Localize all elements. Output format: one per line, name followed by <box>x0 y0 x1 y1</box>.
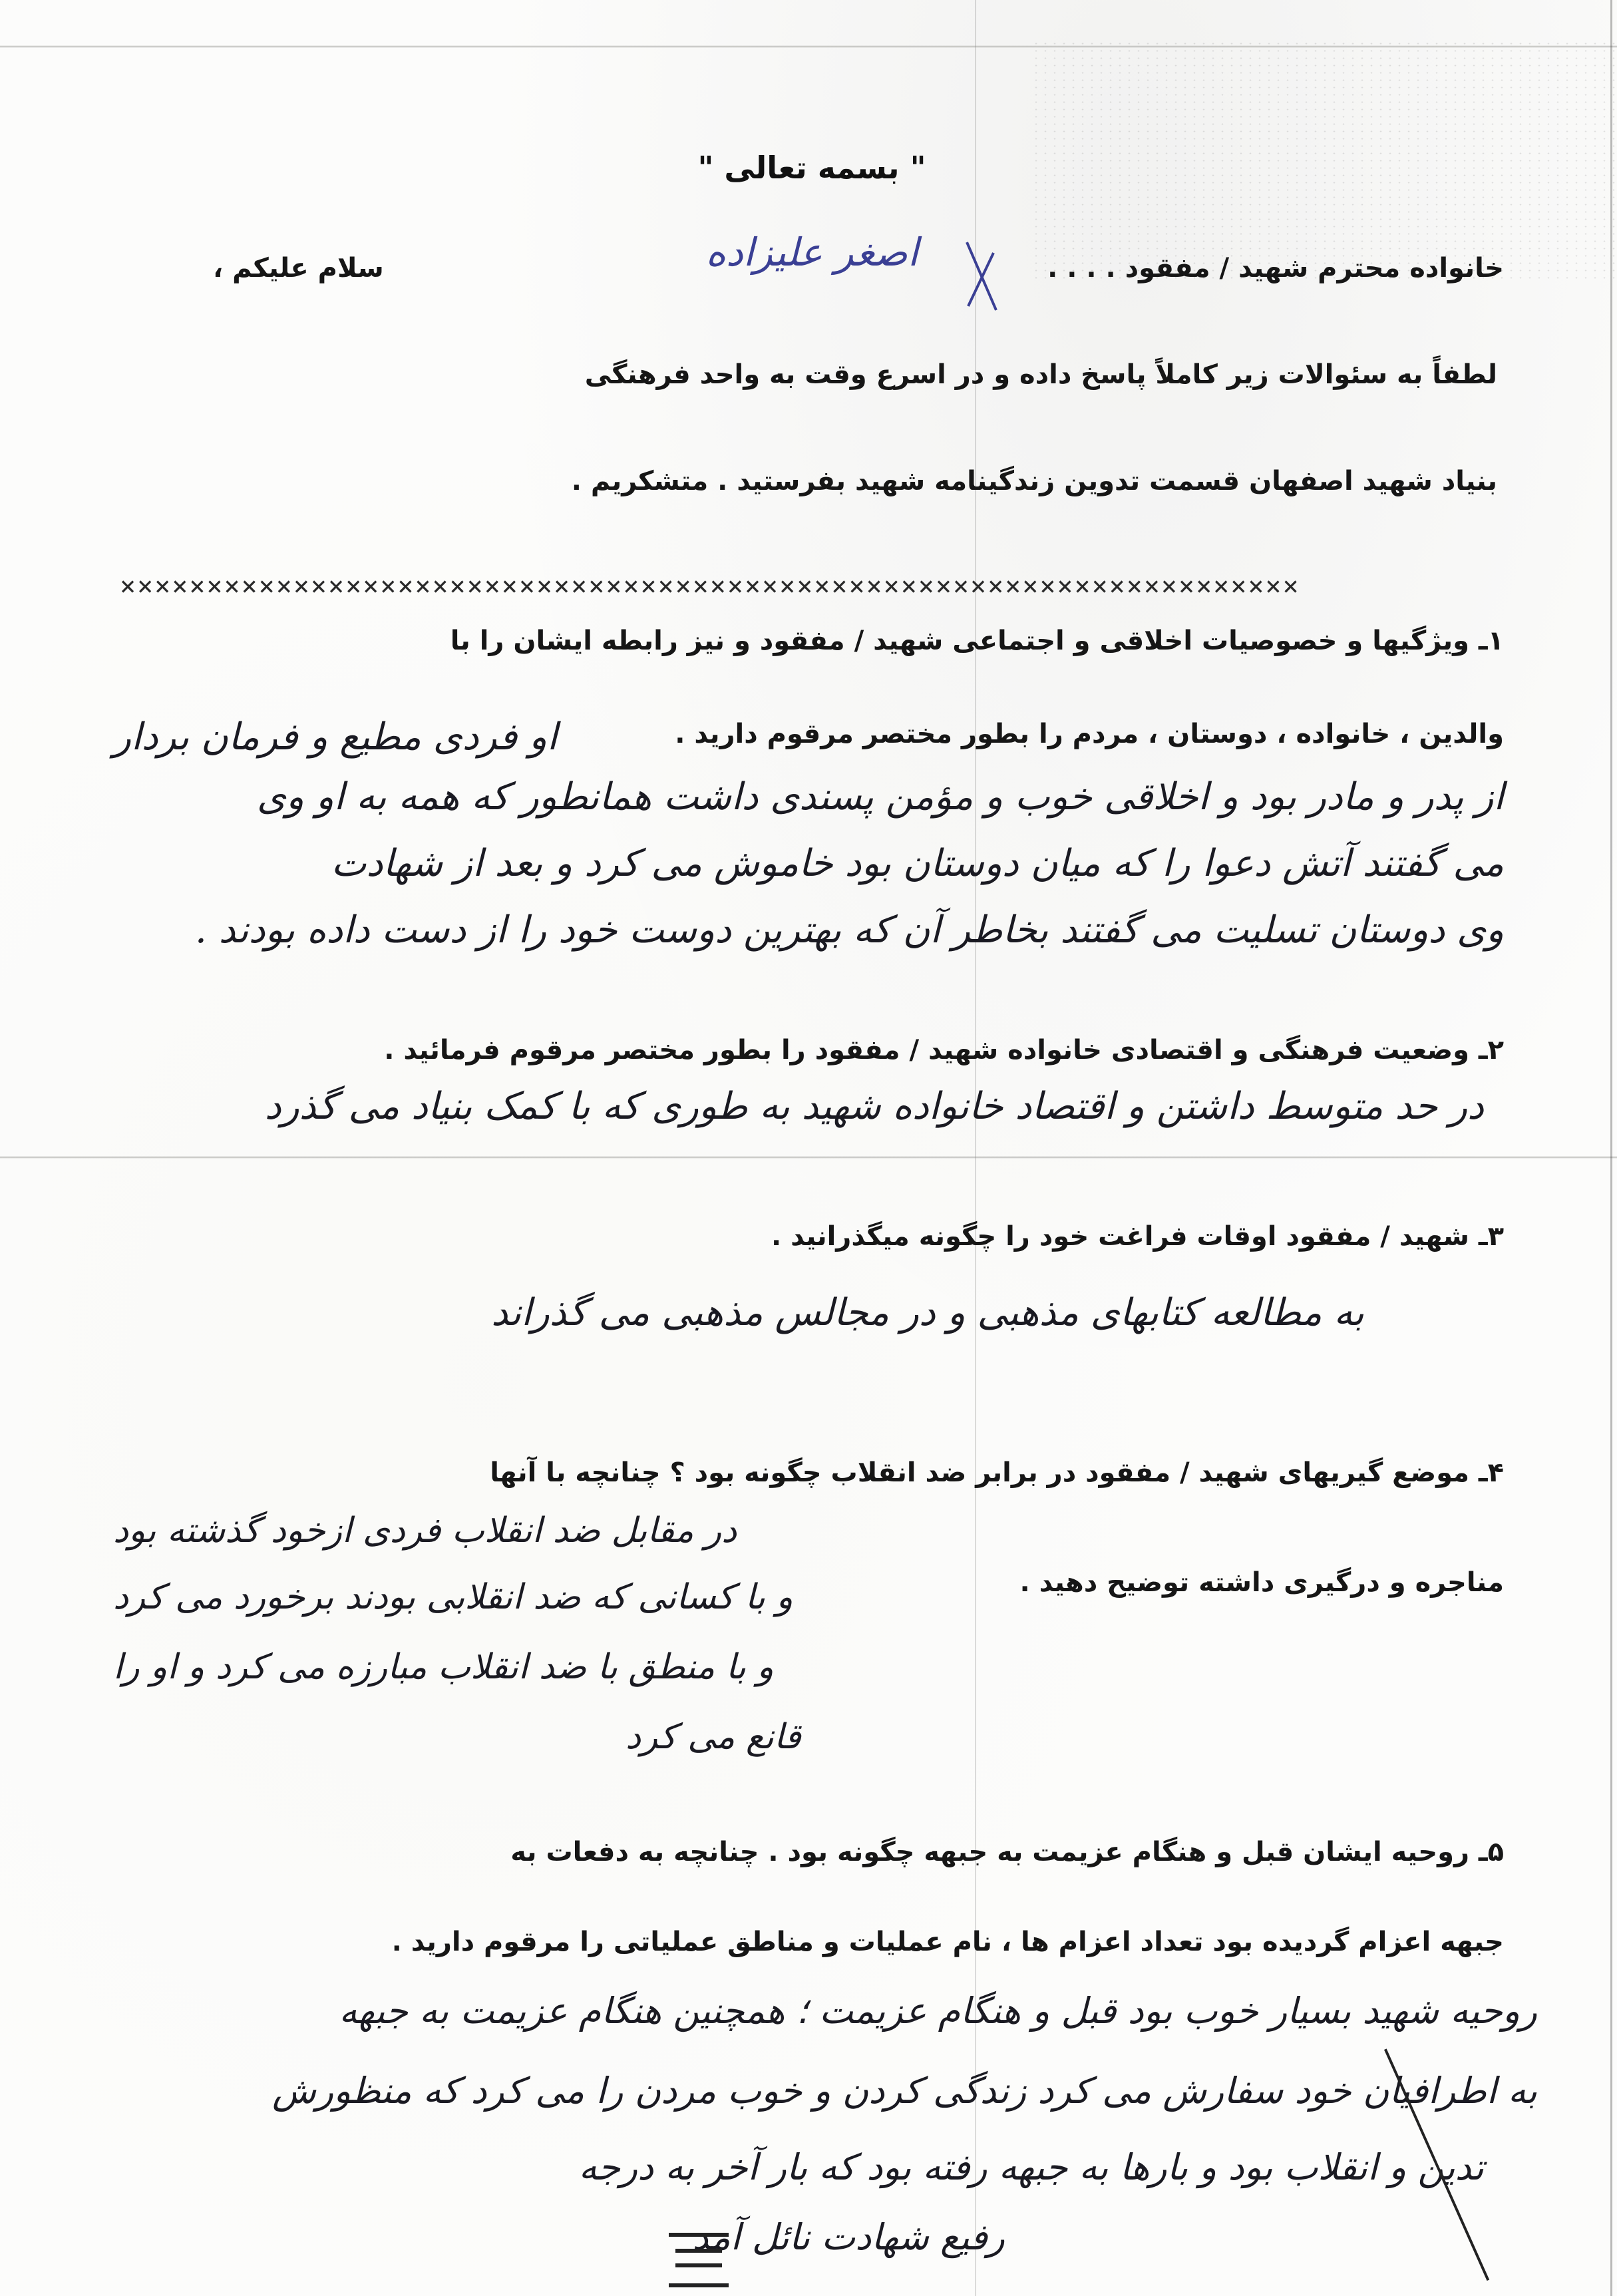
answer-3-line-1: به مطالعه کتابهای مذهبی و در مجالس مذهبی… <box>491 1291 1364 1334</box>
answer-5-line-4: رفیع شهادت نائل آمد <box>692 2216 1005 2258</box>
answer-4-line-2: و با کسانی که ضد انقلابی بودند برخورد می… <box>113 1577 793 1617</box>
answer-1-line-2: از پدر و مادر بود و اخلاقی خوب و مؤمن پس… <box>257 775 1504 819</box>
question-1-line-1: ۱ـ ویژگیها و خصوصیات اخلاقی و اجتماعی شه… <box>450 626 1504 656</box>
question-5-line-1: ۵ـ روحیه ایشان قبل و هنگام عزیمت به جبهه… <box>510 1837 1504 1867</box>
header-basmala: " بسمه تعالی " <box>626 150 998 186</box>
salutation-prefix: خانواده محترم شهید / مفقود . . . . <box>1047 253 1504 284</box>
answer-2-line-1: در حد متوسط داشتن و اقتصاد خانواده شهید … <box>265 1085 1484 1128</box>
separator-x-row: ××××××××××××××××××××××××××××××××××××××××… <box>120 571 1530 602</box>
answer-1-line-1: او فردی مطیع و فرمان بردار <box>113 715 558 759</box>
handwritten-martyr-name: اصغر علیزاده <box>706 230 918 275</box>
answer-1-line-3: می گفتند آتش دعوا را که میان دوستان بود … <box>331 842 1504 885</box>
question-2-line-1: ۲ـ وضعیت فرهنگی و اقتصادی خانواده شهید /… <box>384 1035 1504 1065</box>
answer-4-line-1: در مقابل ضد انقلاب فردی ازخود گذشته بود <box>113 1511 737 1551</box>
intro-line-2: بنیاد شهید اصفهان قسمت تدوین زندگینامه ش… <box>572 466 1497 496</box>
fold-line-middle <box>0 1156 1617 1159</box>
answer-4-line-3: و با منطق با ضد انقلاب مبارزه می کرد و ا… <box>113 1647 774 1687</box>
question-4-line-2: مناجره و درگیری داشته توضیح دهید . <box>1020 1567 1505 1598</box>
scribble-mark <box>669 2233 729 2287</box>
salutation-suffix: سلام علیکم ، <box>213 253 384 284</box>
intro-line-1: لطفاً به سئوالات زیر کاملاً پاسخ داده و … <box>585 359 1497 390</box>
answer-5-line-1: روحیه شهید بسیار خوب بود قبل و هنگام عزی… <box>339 1990 1537 2032</box>
answer-5-line-3: تدین و انقلاب بود و بارها به جبهه رفته ب… <box>579 2146 1484 2188</box>
answer-4-line-4: قانع می کرد <box>626 1717 801 1757</box>
question-1-line-2: والدین ، خانواده ، دوستان ، مردم را بطور… <box>675 719 1504 749</box>
question-5-line-2: جبهه اعزام گردیده بود تعداد اعزام ها ، ن… <box>392 1927 1504 1957</box>
question-4-line-1: ۴ـ موضع گیریهای شهید / مفقود در برابر ضد… <box>490 1457 1504 1488</box>
fold-line-top <box>0 45 1617 48</box>
scanned-document-page: " بسمه تعالی " خانواده محترم شهید / مفقو… <box>0 0 1617 2296</box>
strike-through-mark <box>962 240 1001 313</box>
question-3-line-1: ۳ـ شهید / مفقود اوقات فراغت خود را چگونه… <box>771 1221 1504 1252</box>
answer-1-line-4: وی دوستان تسلیت می گفتند بخاطر آن که بهت… <box>195 908 1504 952</box>
answer-5-line-2: به اطرافیان خود سفارش می کرد زندگی کردن … <box>272 2070 1537 2112</box>
scan-noise-texture <box>1031 40 1617 280</box>
page-edge <box>1610 0 1612 2296</box>
